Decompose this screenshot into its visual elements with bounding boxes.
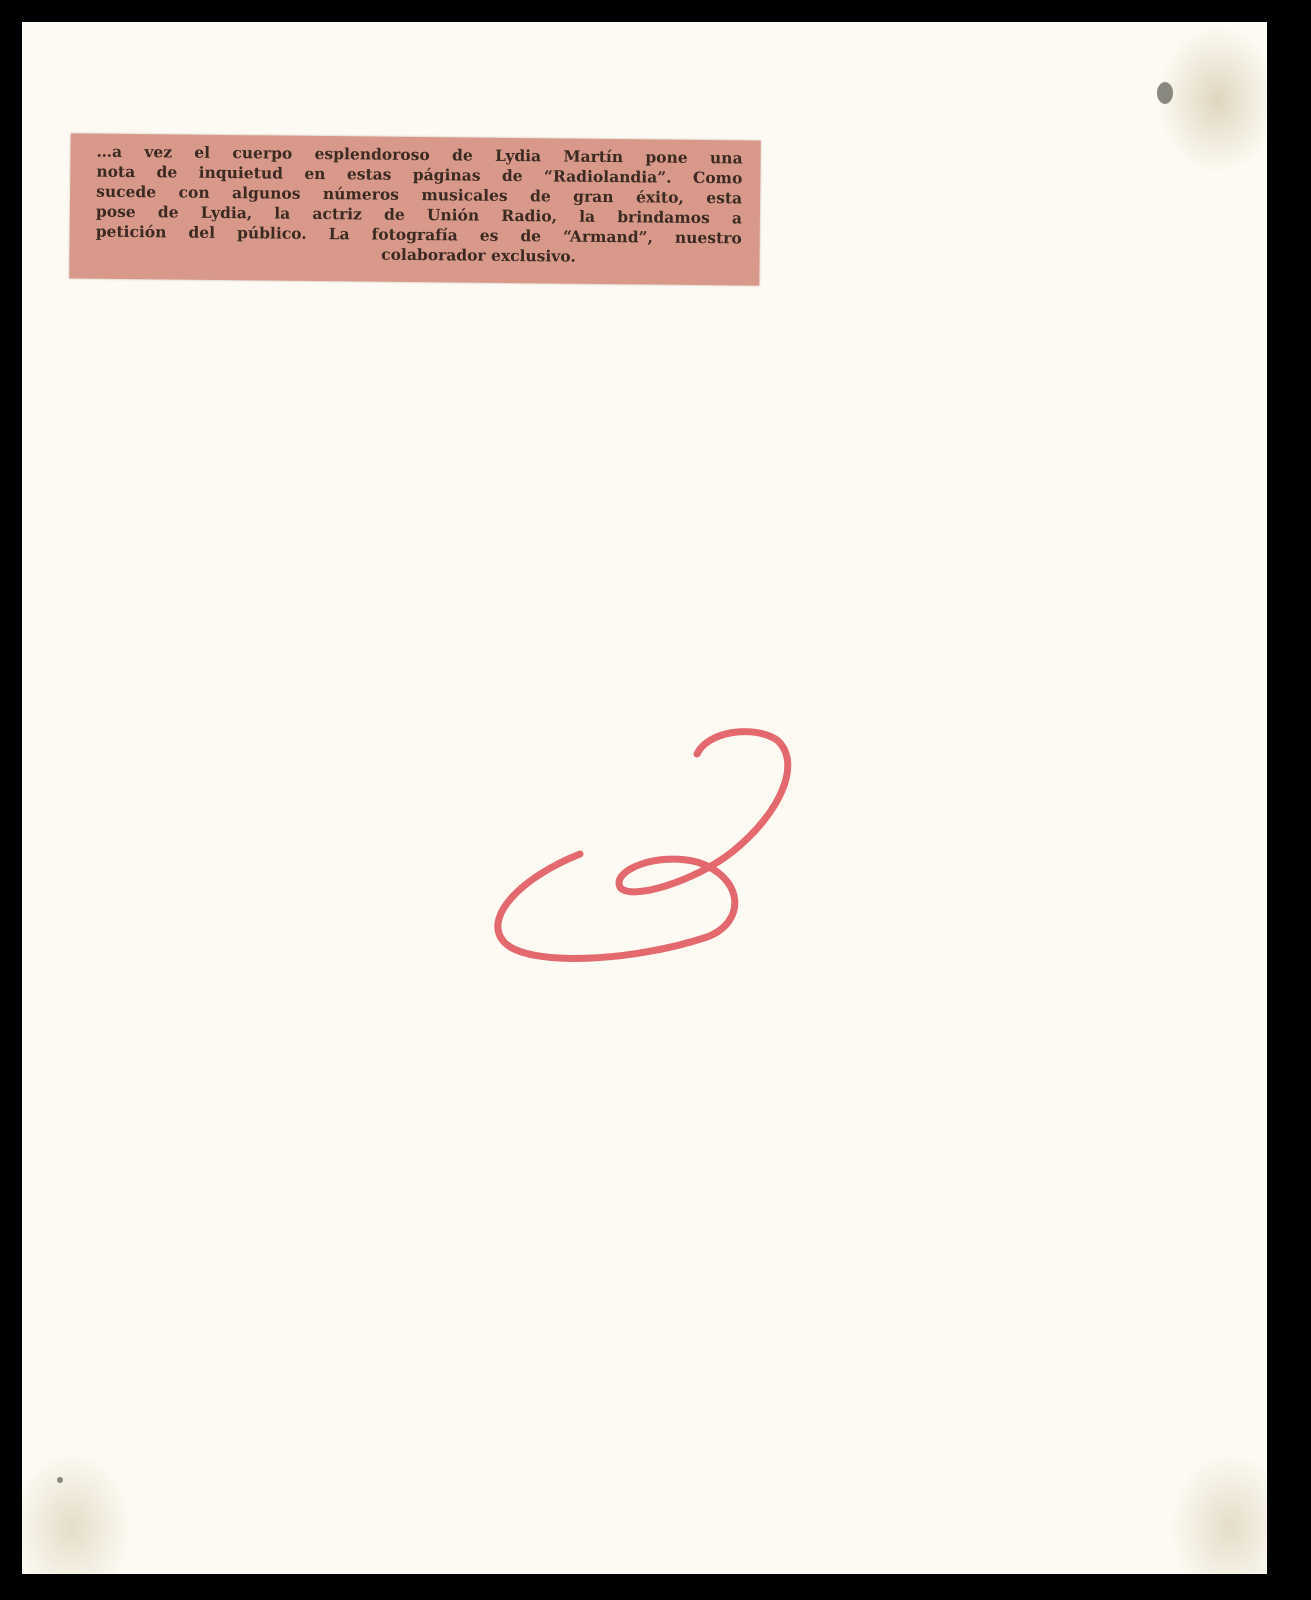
clipping-text: …a vez el cuerpo esplendoroso de Lydia M… <box>95 142 742 269</box>
newspaper-clipping: …a vez el cuerpo esplendoroso de Lydia M… <box>69 133 760 285</box>
stain-mark <box>57 1477 63 1483</box>
stain-mark <box>1157 82 1173 104</box>
photo-back-paper: …a vez el cuerpo esplendoroso de Lydia M… <box>22 22 1267 1574</box>
red-crayon-mark-icon <box>482 702 812 992</box>
